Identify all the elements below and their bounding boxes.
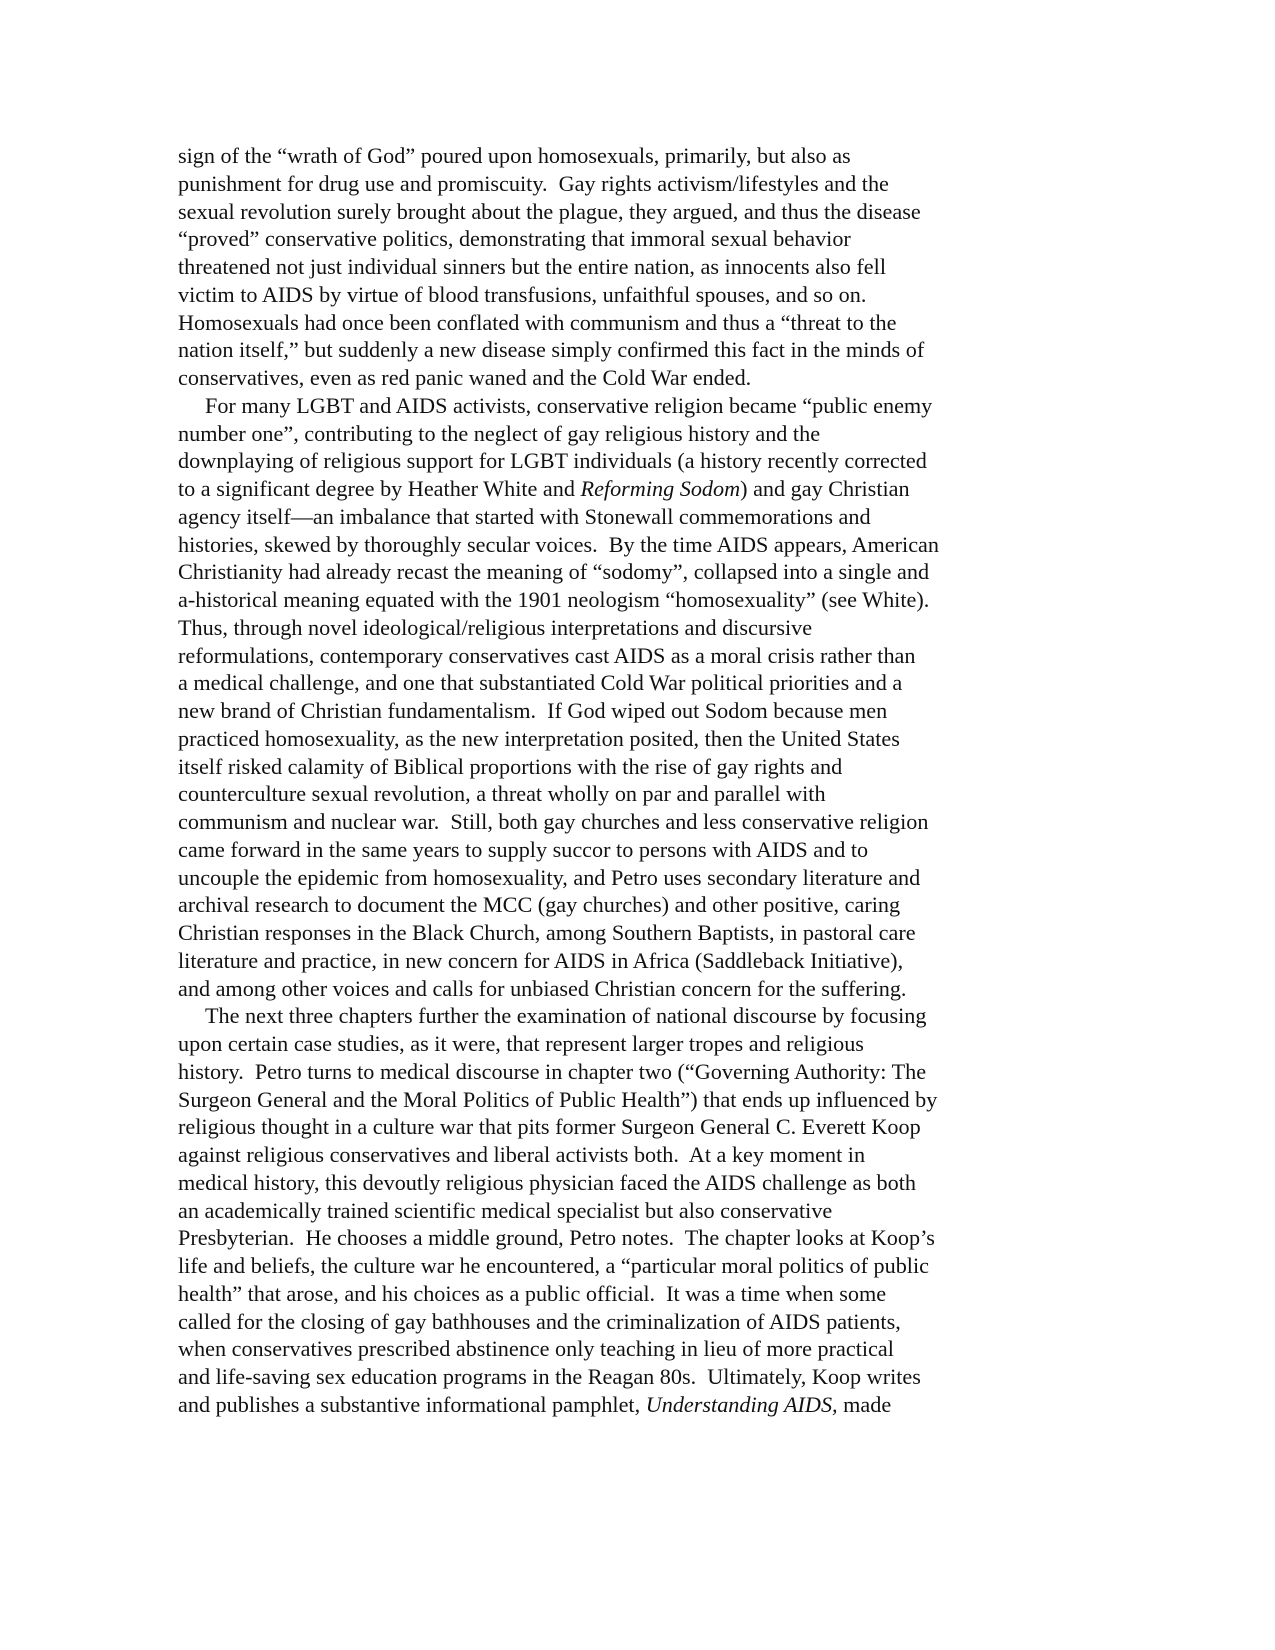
text-run: literature and practice, in new concern … — [178, 948, 903, 973]
text-line: life and beliefs, the culture war he enc… — [178, 1252, 1048, 1280]
text-line: Christianity had already recast the mean… — [178, 558, 1048, 586]
text-run: uncouple the epidemic from homosexuality… — [178, 865, 920, 890]
text-line: came forward in the same years to supply… — [178, 836, 1048, 864]
text-line: to a significant degree by Heather White… — [178, 475, 1048, 503]
text-line: health” that arose, and his choices as a… — [178, 1280, 1048, 1308]
text-run: conservatives, even as red panic waned a… — [178, 365, 751, 390]
text-run: number one”, contributing to the neglect… — [178, 421, 820, 446]
text-line: called for the closing of gay bathhouses… — [178, 1308, 1048, 1336]
text-run: Thus, through novel ideological/religiou… — [178, 615, 812, 640]
text-line: reformulations, contemporary conservativ… — [178, 642, 1048, 670]
text-run: when conservatives prescribed abstinence… — [178, 1336, 894, 1361]
text-run: health” that arose, and his choices as a… — [178, 1281, 886, 1306]
text-line: practiced homosexuality, as the new inte… — [178, 725, 1048, 753]
text-run: a-historical meaning equated with the 19… — [178, 587, 929, 612]
text-run: ) and gay Christian — [740, 476, 909, 501]
text-run: reformulations, contemporary conservativ… — [178, 643, 916, 668]
text-run: Christian responses in the Black Church,… — [178, 920, 916, 945]
text-line: against religious conservatives and libe… — [178, 1141, 1048, 1169]
text-run: downplaying of religious support for LGB… — [178, 448, 927, 473]
text-line: threatened not just individual sinners b… — [178, 253, 1048, 281]
text-run: communism and nuclear war. Still, both g… — [178, 809, 929, 834]
text-line: a medical challenge, and one that substa… — [178, 669, 1048, 697]
text-line: when conservatives prescribed abstinence… — [178, 1335, 1048, 1363]
text-run: life and beliefs, the culture war he enc… — [178, 1253, 929, 1278]
text-run: “proved” conservative politics, demonstr… — [178, 226, 851, 251]
text-run: upon certain case studies, as it were, t… — [178, 1031, 864, 1056]
text-line: nation itself,” but suddenly a new disea… — [178, 336, 1048, 364]
text-run: threatened not just individual sinners b… — [178, 254, 886, 279]
text-line: Surgeon General and the Moral Politics o… — [178, 1086, 1048, 1114]
text-run: to a significant degree by Heather White… — [178, 476, 581, 501]
text-run: made — [838, 1392, 892, 1417]
text-run: religious thought in a culture war that … — [178, 1114, 921, 1139]
text-line: sexual revolution surely brought about t… — [178, 198, 1048, 226]
text-line: downplaying of religious support for LGB… — [178, 447, 1048, 475]
text-run: new brand of Christian fundamentalism. I… — [178, 698, 887, 723]
text-run: and life-saving sex education programs i… — [178, 1364, 921, 1389]
text-line: religious thought in a culture war that … — [178, 1113, 1048, 1141]
italic-title: Reforming Sodom — [581, 476, 741, 501]
text-line: “proved” conservative politics, demonstr… — [178, 225, 1048, 253]
text-run: agency itself—an imbalance that started … — [178, 504, 871, 529]
text-run: a medical challenge, and one that substa… — [178, 670, 902, 695]
text-line: sign of the “wrath of God” poured upon h… — [178, 142, 1048, 170]
text-line: history. Petro turns to medical discours… — [178, 1058, 1048, 1086]
text-line: number one”, contributing to the neglect… — [178, 420, 1048, 448]
text-run: nation itself,” but suddenly a new disea… — [178, 337, 924, 362]
text-run: punishment for drug use and promiscuity.… — [178, 171, 889, 196]
text-run: For many LGBT and AIDS activists, conser… — [205, 393, 932, 418]
paragraph: sign of the “wrath of God” poured upon h… — [178, 142, 1048, 392]
text-line: uncouple the epidemic from homosexuality… — [178, 864, 1048, 892]
text-line: and life-saving sex education programs i… — [178, 1363, 1048, 1391]
text-line: and publishes a substantive informationa… — [178, 1391, 1048, 1419]
text-run: The next three chapters further the exam… — [205, 1003, 926, 1028]
italic-title: Understanding AIDS, — [646, 1392, 838, 1417]
text-run: sign of the “wrath of God” poured upon h… — [178, 143, 851, 168]
text-run: and among other voices and calls for unb… — [178, 976, 906, 1001]
text-line: Homosexuals had once been conflated with… — [178, 309, 1048, 337]
text-run: victim to AIDS by virtue of blood transf… — [178, 282, 866, 307]
text-line: and among other voices and calls for unb… — [178, 975, 1048, 1003]
text-line: medical history, this devoutly religious… — [178, 1169, 1048, 1197]
text-run: Christianity had already recast the mean… — [178, 559, 929, 584]
text-line: For many LGBT and AIDS activists, conser… — [178, 392, 1048, 420]
text-run: and publishes a substantive informationa… — [178, 1392, 646, 1417]
text-line: agency itself—an imbalance that started … — [178, 503, 1048, 531]
document-page: sign of the “wrath of God” poured upon h… — [178, 142, 1048, 1419]
text-run: Surgeon General and the Moral Politics o… — [178, 1087, 937, 1112]
text-line: new brand of Christian fundamentalism. I… — [178, 697, 1048, 725]
text-line: an academically trained scientific medic… — [178, 1197, 1048, 1225]
text-line: victim to AIDS by virtue of blood transf… — [178, 281, 1048, 309]
text-line: archival research to document the MCC (g… — [178, 891, 1048, 919]
text-line: histories, skewed by thoroughly secular … — [178, 531, 1048, 559]
text-run: archival research to document the MCC (g… — [178, 892, 900, 917]
text-line: counterculture sexual revolution, a thre… — [178, 780, 1048, 808]
text-run: an academically trained scientific medic… — [178, 1198, 832, 1223]
text-run: against religious conservatives and libe… — [178, 1142, 865, 1167]
text-run: sexual revolution surely brought about t… — [178, 199, 921, 224]
text-run: itself risked calamity of Biblical propo… — [178, 754, 842, 779]
text-line: a-historical meaning equated with the 19… — [178, 586, 1048, 614]
text-run: Homosexuals had once been conflated with… — [178, 310, 896, 335]
text-line: itself risked calamity of Biblical propo… — [178, 753, 1048, 781]
text-line: The next three chapters further the exam… — [178, 1002, 1048, 1030]
text-run: came forward in the same years to supply… — [178, 837, 868, 862]
text-run: counterculture sexual revolution, a thre… — [178, 781, 826, 806]
text-run: histories, skewed by thoroughly secular … — [178, 532, 939, 557]
text-run: medical history, this devoutly religious… — [178, 1170, 916, 1195]
text-line: Thus, through novel ideological/religiou… — [178, 614, 1048, 642]
paragraph: The next three chapters further the exam… — [178, 1002, 1048, 1418]
text-line: literature and practice, in new concern … — [178, 947, 1048, 975]
text-line: upon certain case studies, as it were, t… — [178, 1030, 1048, 1058]
text-line: communism and nuclear war. Still, both g… — [178, 808, 1048, 836]
text-line: conservatives, even as red panic waned a… — [178, 364, 1048, 392]
text-run: called for the closing of gay bathhouses… — [178, 1309, 901, 1334]
text-run: history. Petro turns to medical discours… — [178, 1059, 926, 1084]
paragraph: For many LGBT and AIDS activists, conser… — [178, 392, 1048, 1003]
text-run: practiced homosexuality, as the new inte… — [178, 726, 900, 751]
text-line: Christian responses in the Black Church,… — [178, 919, 1048, 947]
text-run: Presbyterian. He chooses a middle ground… — [178, 1225, 935, 1250]
text-line: Presbyterian. He chooses a middle ground… — [178, 1224, 1048, 1252]
text-line: punishment for drug use and promiscuity.… — [178, 170, 1048, 198]
